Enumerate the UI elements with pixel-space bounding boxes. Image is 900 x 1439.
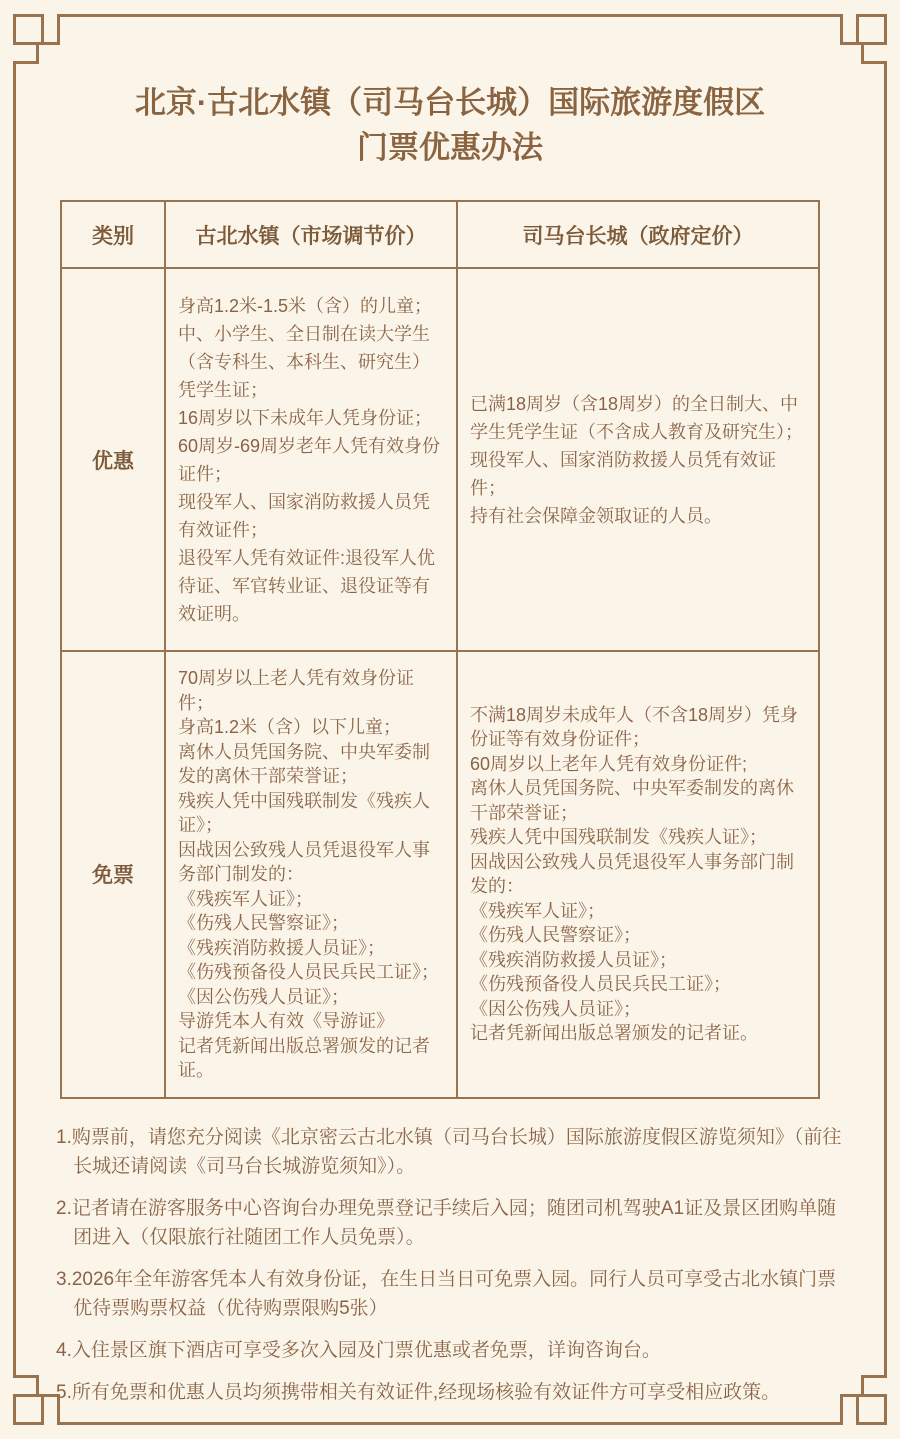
cell-free-gubei: 70周岁以上老人凭有效身份证件； 身高1.2米（含）以下儿童； 离休人员凭国务院… xyxy=(165,651,457,1098)
table-row-discount: 优惠 身高1.2米-1.5米（含）的儿童； 中、小学生、全日制在读大学生（含专科… xyxy=(61,268,819,651)
corner-square-bottom-left xyxy=(15,1396,43,1424)
row-label-discount: 优惠 xyxy=(61,268,165,651)
page-title: 北京·古北水镇（司马台长城）国际旅游度假区 门票优惠办法 xyxy=(0,0,900,170)
cell-discount-gubei: 身高1.2米-1.5米（含）的儿童； 中、小学生、全日制在读大学生（含专科生、本… xyxy=(165,268,457,651)
note-item-2: 2.记者请在游客服务中心咨询台办理免票登记手续后入园；随团司机驾驶A1证及景区团… xyxy=(56,1194,844,1252)
title-line-2: 门票优惠办法 xyxy=(0,125,900,170)
notes-list: 1.购票前，请您充分阅读《北京密云古北水镇（司马台长城）国际旅游度假区游览须知》… xyxy=(56,1123,844,1407)
cell-discount-simatai: 已满18周岁（含18周岁）的全日制大、中学生凭学生证（不含成人教育及研究生）； … xyxy=(457,268,819,651)
col-header-gubei-watertown: 古北水镇（市场调节价） xyxy=(165,201,457,268)
page: { "header": { "title_line1": "北京·古北水镇（司马… xyxy=(0,0,900,1439)
ticket-policy-table: 类别 古北水镇（市场调节价） 司马台长城（政府定价） 优惠 身高1.2米-1.5… xyxy=(60,200,820,1099)
note-item-5: 5.所有免票和优惠人员均须携带相关有效证件,经现场核验有效证件方可享受相应政策。 xyxy=(56,1378,844,1407)
title-line-1: 北京·古北水镇（司马台长城）国际旅游度假区 xyxy=(0,80,900,125)
note-item-4: 4.入住景区旗下酒店可享受多次入园及门票优惠或者免票，详询咨询台。 xyxy=(56,1336,844,1365)
col-header-category: 类别 xyxy=(61,201,165,268)
row-label-free-ticket: 免票 xyxy=(61,651,165,1098)
note-item-3: 3.2026年全年游客凭本人有效身份证，在生日当日可免票入园。同行人员可享受古北… xyxy=(56,1265,844,1323)
col-header-simatai-greatwall: 司马台长城（政府定价） xyxy=(457,201,819,268)
table-header-row: 类别 古北水镇（市场调节价） 司马台长城（政府定价） xyxy=(61,201,819,268)
cell-free-simatai: 不满18周岁未成年人（不含18周岁）凭身份证等有效身份证件； 60周岁以上老年人… xyxy=(457,651,819,1098)
note-item-1: 1.购票前，请您充分阅读《北京密云古北水镇（司马台长城）国际旅游度假区游览须知》… xyxy=(56,1123,844,1181)
corner-square-bottom-right xyxy=(858,1396,886,1424)
table-row-free-ticket: 免票 70周岁以上老人凭有效身份证件； 身高1.2米（含）以下儿童； 离休人员凭… xyxy=(61,651,819,1098)
